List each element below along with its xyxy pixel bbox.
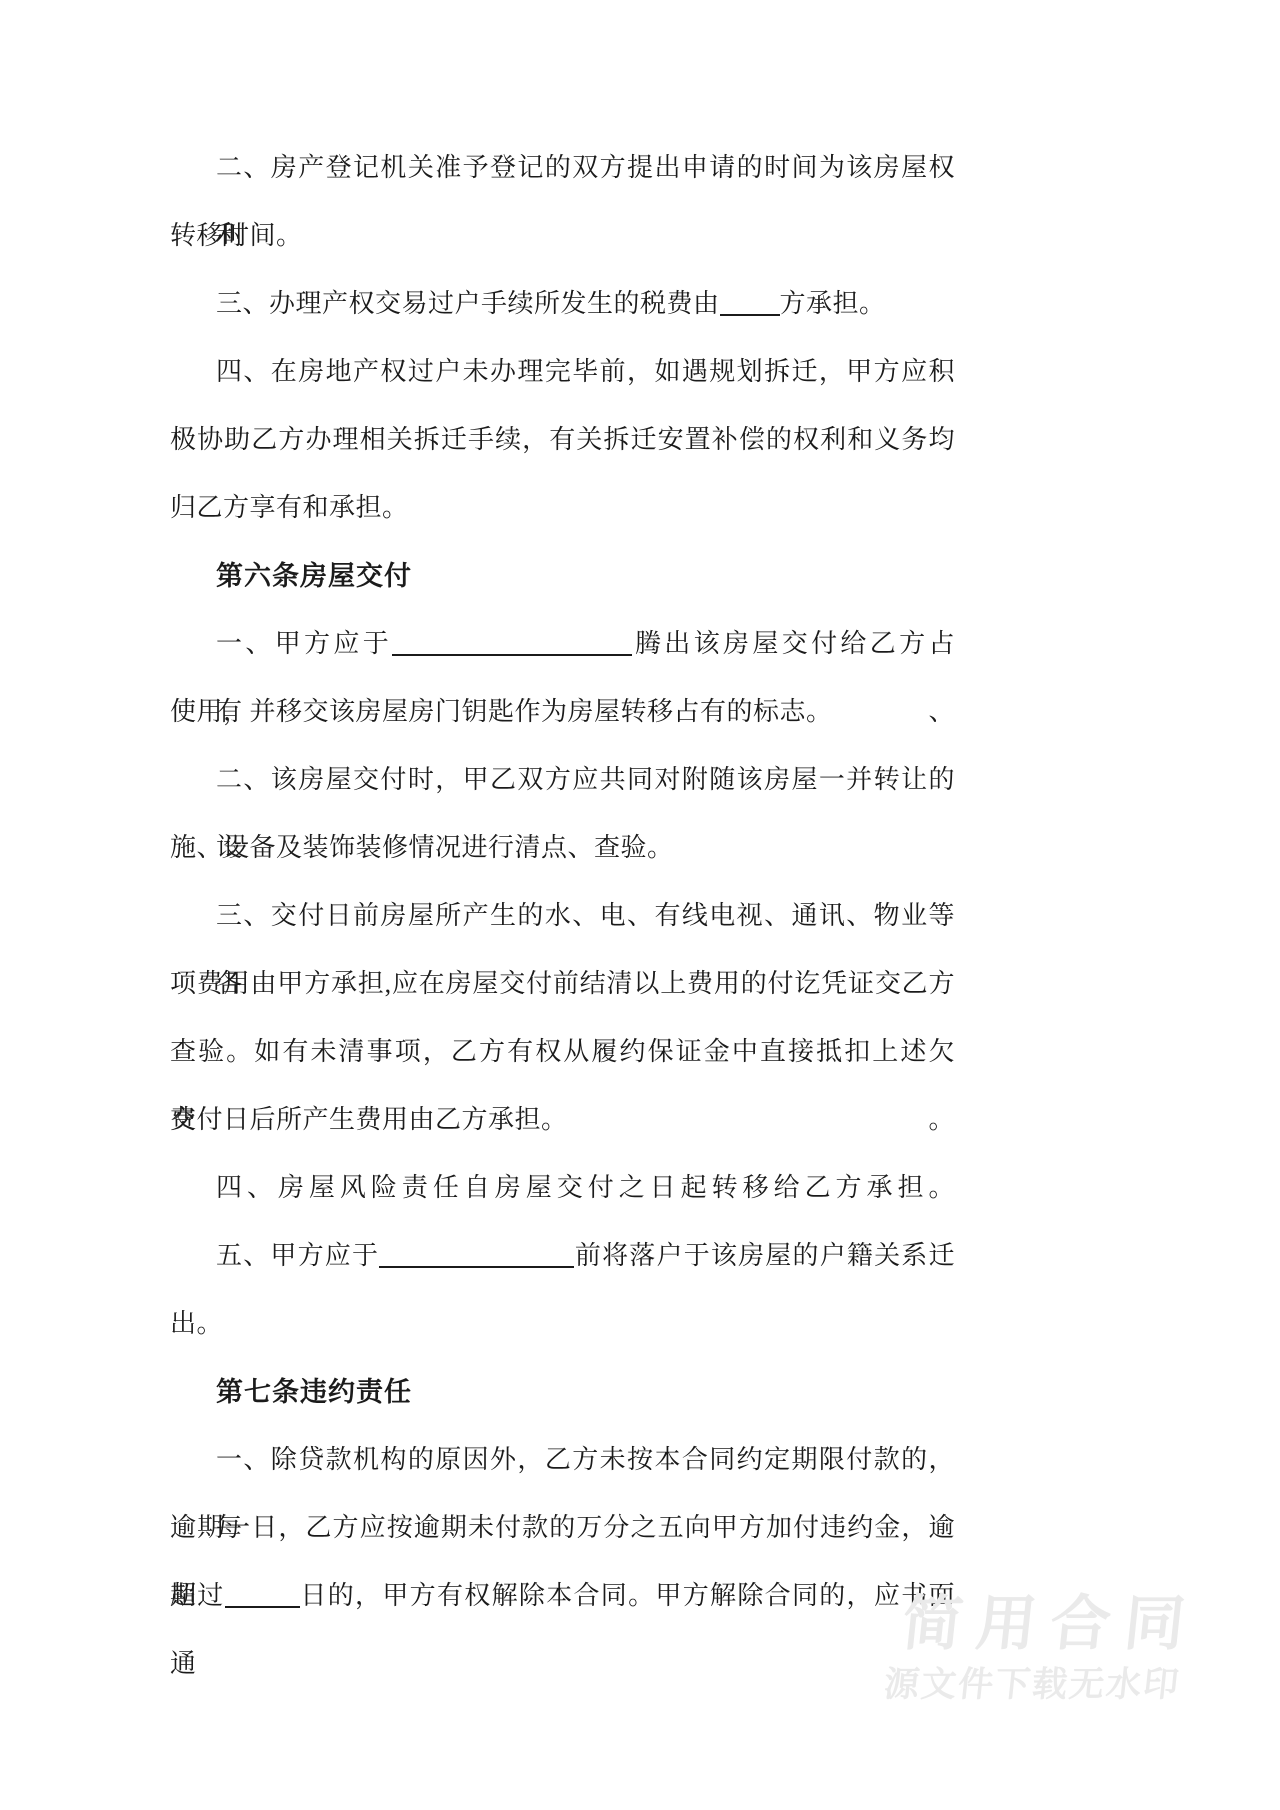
text-run: 方承担。 — [780, 289, 886, 318]
watermark-title: 简用合同 — [861, 1592, 1202, 1656]
registration-item-3: 三、办理产权交易过户手续所发生的税费由方承担。 — [170, 270, 955, 338]
text-run: 三、办理产权交易过户手续所发生的税费由 — [216, 289, 720, 318]
fill-in-blank — [392, 654, 632, 656]
breach-item-1-line-1: 一、除贷款机构的原因外，乙方未按本合同约定期限付款的，每 — [170, 1426, 955, 1494]
registration-item-4-line-3: 归乙方享有和承担。 — [170, 474, 955, 542]
text-run: 转移时间。 — [170, 221, 303, 250]
contract-page: 二、房产登记机关准予登记的双方提出申请的时间为该房屋权利转移时间。三、办理产权交… — [0, 0, 1280, 1810]
fill-in-blank — [225, 1606, 300, 1608]
fill-in-blank — [720, 314, 780, 316]
text-run: 交付日后所产生费用由乙方承担。 — [170, 1105, 568, 1134]
watermark: 简用合同 源文件下载无水印 — [856, 1592, 1188, 1704]
text-run: 归乙方享有和承担。 — [170, 493, 409, 522]
watermark-subtitle: 源文件下载无水印 — [856, 1666, 1182, 1704]
registration-item-4-line-1: 四、在房地产权过户未办理完毕前，如遇规划拆迁，甲方应积 — [170, 338, 955, 406]
text-run: 出。 — [170, 1309, 223, 1338]
delivery-item-2-line-1: 二、该房屋交付时，甲乙双方应共同对附随该房屋一并转让的设 — [170, 746, 955, 814]
registration-item-4-line-2: 极协助乙方办理相关拆迁手续，有关拆迁安置补偿的权利和义务均 — [170, 406, 955, 474]
text-run: 项费用由甲方承担,应在房屋交付前结清以上费用的付讫凭证交乙方 — [170, 969, 955, 998]
delivery-item-2-line-2: 施、设备及装饰装修情况进行清点、查验。 — [170, 814, 955, 882]
text-run: 第六条房屋交付 — [216, 561, 412, 591]
breach-item-1-line-2: 逾期一日，乙方应按逾期未付款的万分之五向甲方加付违约金，逾期 — [170, 1494, 955, 1562]
text-run: 极协助乙方办理相关拆迁手续，有关拆迁安置补偿的权利和义务均 — [170, 425, 955, 454]
delivery-item-3-line-1: 三、交付日前房屋所产生的水、电、有线电视、通讯、物业等各 — [170, 882, 955, 950]
delivery-item-4: 四、房屋风险责任自房屋交付之日起转移给乙方承担。 — [170, 1154, 955, 1222]
section-6-heading: 第六条房屋交付 — [170, 542, 955, 610]
delivery-item-5-line-2: 出。 — [170, 1290, 955, 1358]
registration-item-2-line-1: 二、房产登记机关准予登记的双方提出申请的时间为该房屋权利 — [170, 134, 955, 202]
text-run: 四、在房地产权过户未办理完毕前，如遇规划拆迁，甲方应积 — [216, 357, 955, 386]
text-run: 日的，甲方有权解除本合同。甲方解除合同的，应书面通 — [170, 1581, 955, 1678]
text-run: 施、设备及装饰装修情况进行清点、查验。 — [170, 833, 674, 862]
text-run: 一、甲方应于 — [216, 629, 392, 658]
delivery-item-1-line-1: 一、甲方应于腾出该房屋交付给乙方占有、 — [170, 610, 955, 678]
delivery-item-3-line-3: 查验。如有未清事项，乙方有权从履约保证金中直接抵扣上述欠费。 — [170, 1018, 955, 1086]
text-run: 前将落户于该房屋的户籍关系迁 — [574, 1241, 955, 1270]
document-body: 二、房产登记机关准予登记的双方提出申请的时间为该房屋权利转移时间。三、办理产权交… — [170, 134, 955, 1630]
registration-item-2-line-2: 转移时间。 — [170, 202, 955, 270]
text-run: 四、房屋风险责任自房屋交付之日起转移给乙方承担。 — [216, 1173, 955, 1202]
text-run: 使用，并移交该房屋房门钥匙作为房屋转移占有的标志。 — [170, 697, 833, 726]
text-run: 五、甲方应于 — [216, 1241, 379, 1270]
delivery-item-5-line-1: 五、甲方应于前将落户于该房屋的户籍关系迁 — [170, 1222, 955, 1290]
delivery-item-3-line-2: 项费用由甲方承担,应在房屋交付前结清以上费用的付讫凭证交乙方 — [170, 950, 955, 1018]
text-run: 第七条违约责任 — [216, 1377, 412, 1407]
section-7-heading: 第七条违约责任 — [170, 1358, 955, 1426]
text-run: 超过 — [170, 1581, 225, 1610]
breach-item-1-line-3: 超过日的，甲方有权解除本合同。甲方解除合同的，应书面通 — [170, 1562, 955, 1630]
fill-in-blank — [379, 1266, 574, 1268]
